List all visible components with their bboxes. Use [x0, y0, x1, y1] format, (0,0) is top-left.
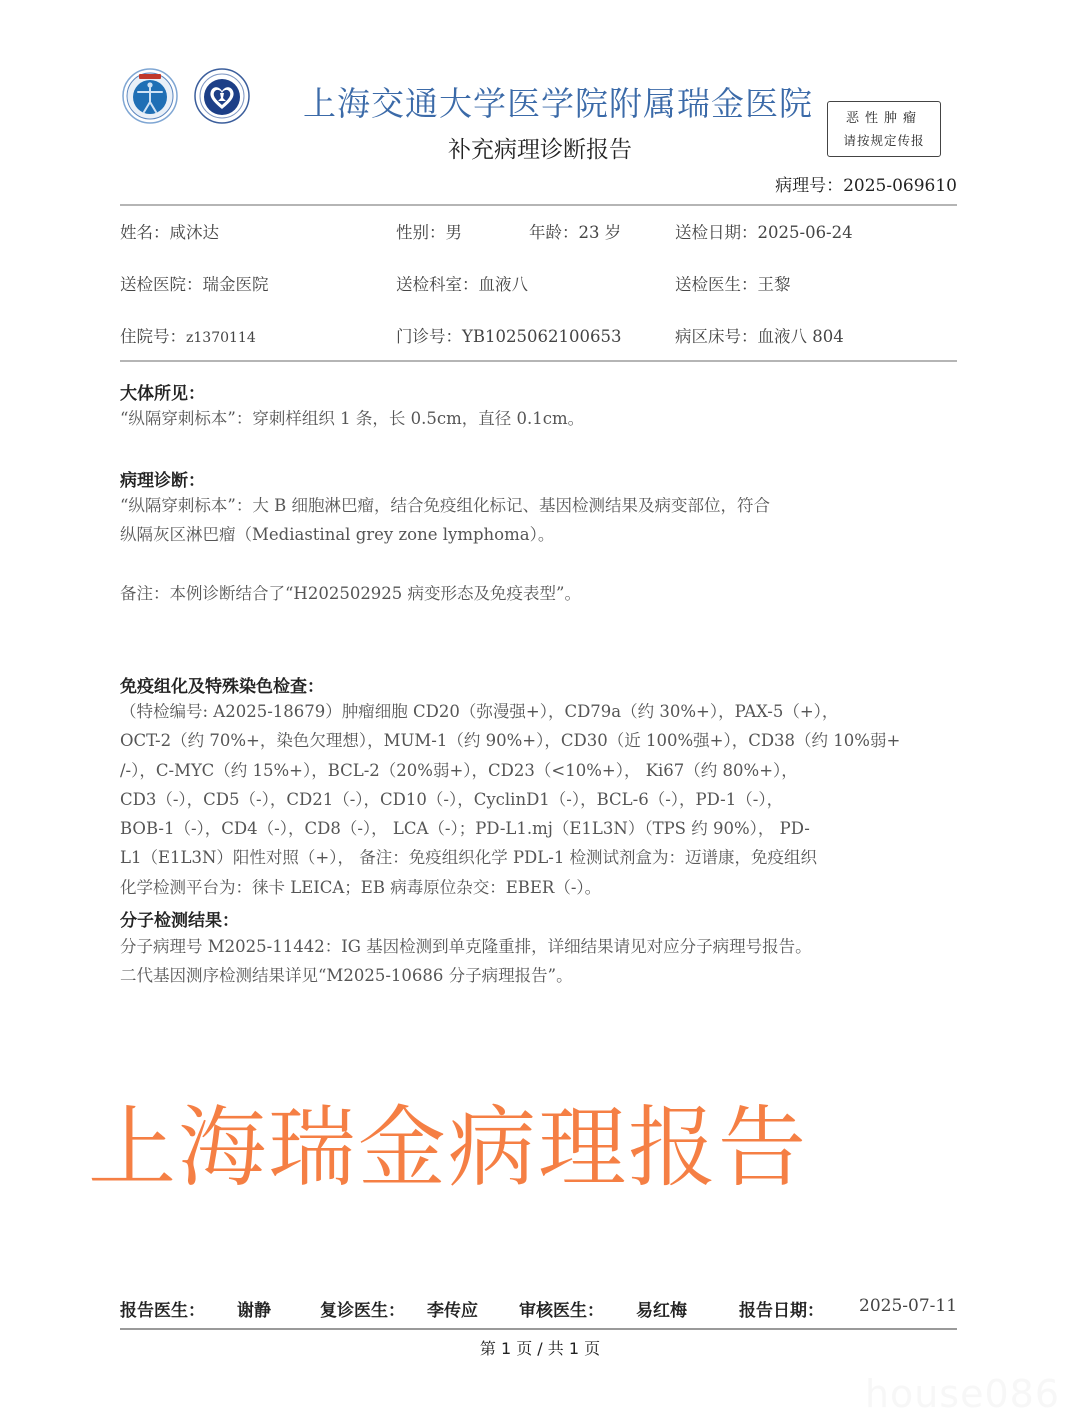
submit-hospital-label: 送检医院： [120, 275, 203, 294]
page-indicator: 第 1 页 / 共 1 页 [0, 1336, 1080, 1359]
report-doctor-name: 谢静 [237, 1296, 271, 1321]
patient-gender-label: 性别： [396, 223, 446, 242]
diagnosis-note-line: 备注：本例诊断结合了“H202502925 病变形态及免疫表型”。 [120, 579, 960, 608]
molecular-line: 分子病理号 M2025-11442：IG 基因检测到单克隆重排，详细结果请见对应… [120, 932, 960, 961]
gross-findings-text: “纵隔穿刺标本”：穿刺样组织 1 条，长 0.5cm，直径 0.1cm。 [120, 404, 960, 433]
report-date-label: 报告日期： [739, 1296, 824, 1321]
molecular-text: 分子病理号 M2025-11442：IG 基因检测到单克隆重排，详细结果请见对应… [120, 932, 960, 991]
submit-department-value: 血液八 [479, 275, 529, 294]
stamp-line1: 恶性肿瘤 [828, 108, 940, 130]
ihc-line: /-），C-MYC（约 15%+），BCL-2（20%弱+），CD23（<10%… [120, 756, 960, 785]
patient-gender: 性别：男 [396, 219, 462, 243]
corner-watermark: house086 [865, 1372, 1060, 1416]
review-doctor-label: 复诊医生： [320, 1296, 405, 1321]
ward-bed-label: 病区床号： [675, 327, 758, 346]
diagnosis-text: “纵隔穿刺标本”：大 B 细胞淋巴瘤，结合免疫组化标记、基因检测结果及病变部位，… [120, 491, 960, 550]
overlay-caption: 上海瑞金病理报告 [88, 1078, 808, 1204]
outpatient-number: 门诊号：YB1025062100653 [396, 323, 622, 347]
ihc-line: OCT-2（约 70%+，染色欠理想），MUM-1（约 90%+），CD30（近… [120, 726, 960, 755]
inpatient-number-value: z1370114 [186, 330, 256, 346]
audit-doctor-name: 易红梅 [636, 1296, 687, 1321]
patient-name-label: 姓名： [120, 223, 170, 242]
submit-date: 送检日期：2025-06-24 [675, 219, 853, 243]
molecular-title: 分子检测结果： [120, 906, 239, 931]
ihc-line: BOB-1（-），CD4（-），CD8（-）， LCA（-）；PD-L1.mj（… [120, 814, 960, 843]
hospital-name: 上海交通大学医学院附属瑞金医院 [303, 78, 813, 125]
outpatient-number-label: 门诊号： [396, 327, 462, 346]
submit-department: 送检科室：血液八 [396, 271, 528, 295]
header-divider [120, 204, 957, 206]
patient-age-label: 年龄： [529, 223, 579, 242]
submit-doctor: 送检医生：王黎 [675, 271, 791, 295]
pathology-number: 病理号：2025-069610 [775, 171, 957, 196]
submit-date-value: 2025-06-24 [758, 223, 853, 242]
patient-name: 姓名：咸沐达 [120, 219, 219, 243]
ruijin-hospital-logo [122, 68, 178, 124]
submit-doctor-label: 送检医生： [675, 275, 758, 294]
ihc-text: （特检编号: A2025-18679）肿瘤细胞 CD20（弥漫强+），CD79a… [120, 697, 960, 902]
ihc-line: L1（E1L3N）阳性对照（+）， 备注：免疫组织化学 PDL-1 检测试剂盒为… [120, 843, 960, 872]
ihc-title: 免疫组化及特殊染色检查： [120, 672, 324, 697]
vitruvian-man-icon [122, 68, 178, 124]
inpatient-number: 住院号：z1370114 [120, 323, 256, 347]
diagnosis-title: 病理诊断： [120, 466, 205, 491]
submit-hospital-value: 瑞金医院 [203, 275, 269, 294]
gross-findings-line: “纵隔穿刺标本”：穿刺样组织 1 条，长 0.5cm，直径 0.1cm。 [120, 404, 960, 433]
patient-name-value: 咸沐达 [170, 223, 220, 242]
audit-doctor-label: 审核医生： [519, 1296, 604, 1321]
ihc-line: （特检编号: A2025-18679）肿瘤细胞 CD20（弥漫强+），CD79a… [120, 697, 960, 726]
ward-bed-number: 病区床号：血液八 804 [675, 323, 844, 347]
submit-doctor-value: 王黎 [758, 275, 791, 294]
pathology-number-value: 2025-069610 [843, 176, 957, 196]
submit-hospital: 送检医院：瑞金医院 [120, 271, 269, 295]
info-divider [120, 360, 957, 362]
submit-date-label: 送检日期： [675, 223, 758, 242]
report-date-value: 2025-07-11 [859, 1296, 957, 1316]
footer-divider [120, 1328, 957, 1330]
diagnosis-line: “纵隔穿刺标本”：大 B 细胞淋巴瘤，结合免疫组化标记、基因检测结果及病变部位，… [120, 491, 960, 520]
inpatient-number-label: 住院号： [120, 327, 186, 346]
patient-gender-value: 男 [446, 223, 463, 242]
pathology-number-label: 病理号： [775, 176, 843, 196]
molecular-line: 二代基因测序检测结果详见“M2025-10686 分子病理报告”。 [120, 961, 960, 990]
outpatient-number-value: YB1025062100653 [462, 327, 622, 346]
gross-findings-title: 大体所见： [120, 379, 205, 404]
medical-school-logo [194, 68, 250, 124]
ihc-line: 化学检测平台为：徕卡 LEICA；EB 病毒原位杂交：EBER（-）。 [120, 873, 960, 902]
malignant-tumor-stamp: 恶性肿瘤 请按规定传报 [827, 101, 941, 157]
diagnosis-note: 备注：本例诊断结合了“H202502925 病变形态及免疫表型”。 [120, 579, 960, 608]
ihc-line: CD3（-），CD5（-），CD21（-），CD10（-），CyclinD1（-… [120, 785, 960, 814]
submit-department-label: 送检科室： [396, 275, 479, 294]
report-title-text: 补充病理诊断报告 [448, 137, 632, 163]
patient-age-value: 23 岁 [579, 223, 622, 242]
ward-bed-value: 血液八 804 [758, 327, 844, 346]
review-doctor-name: 李传应 [427, 1296, 478, 1321]
patient-age: 年龄：23 岁 [529, 219, 621, 243]
heart-microscope-icon [194, 68, 250, 124]
report-doctor-label: 报告医生： [120, 1296, 205, 1321]
diagnosis-line: 纵隔灰区淋巴瘤（Mediastinal grey zone lymphoma）。 [120, 520, 960, 549]
stamp-line2: 请按规定传报 [828, 130, 940, 152]
